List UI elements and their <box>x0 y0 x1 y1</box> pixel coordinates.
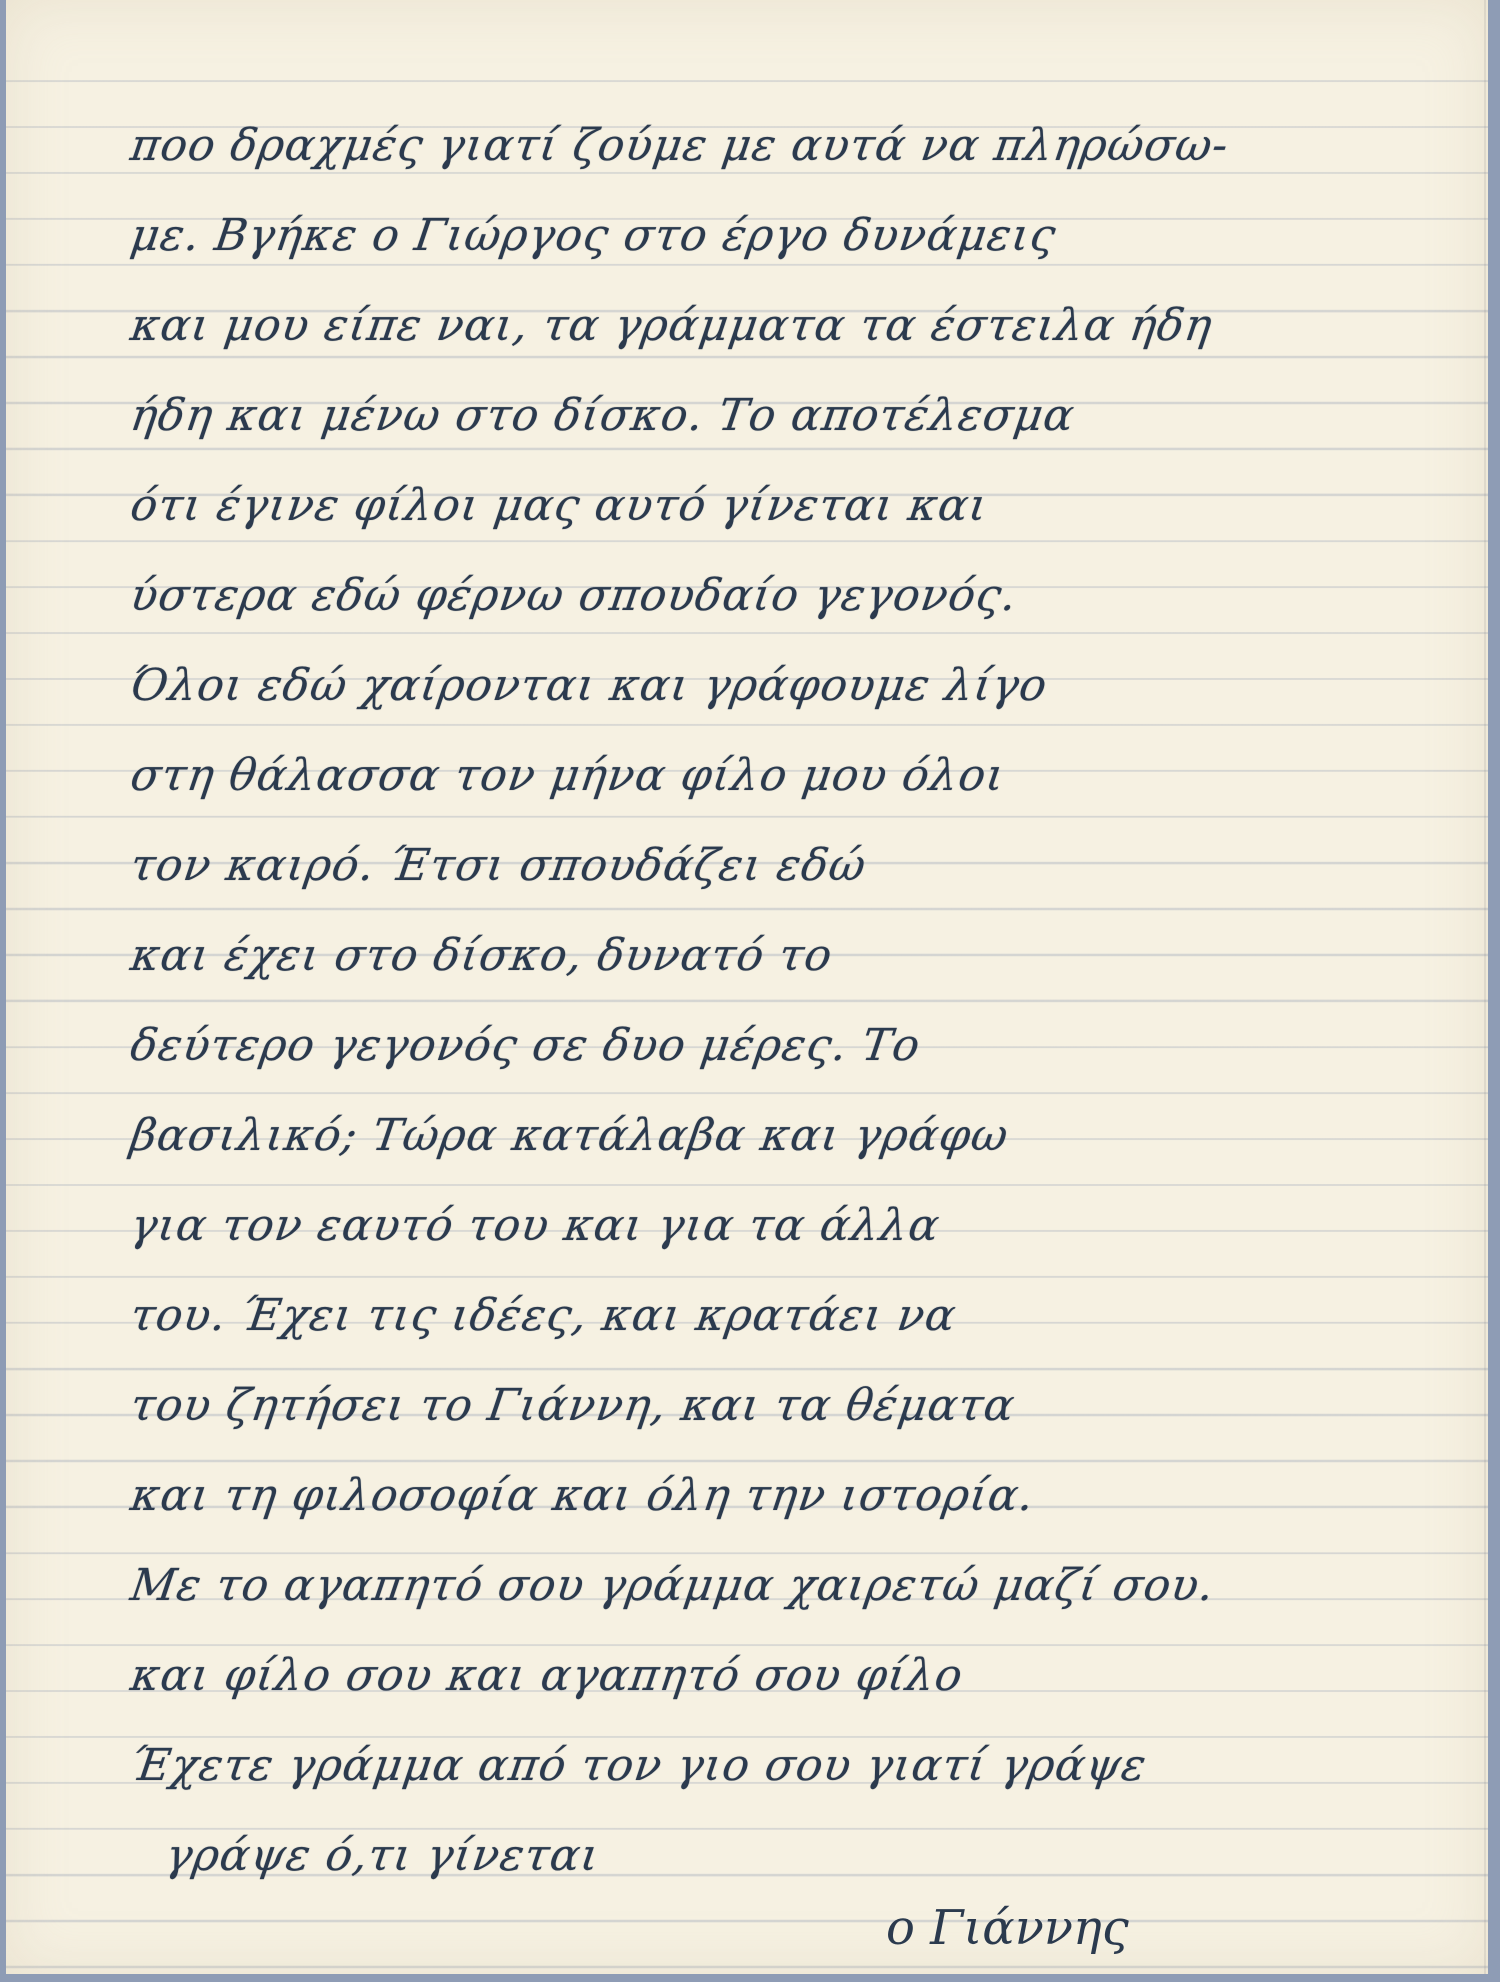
letter-line-8: στη θάλασσα τον μήνα φίλο μου όλοι <box>127 750 1008 801</box>
letter-line-17: Με το αγαπητό σου γράμμα χαιρετώ μαζί σο… <box>127 1560 1217 1611</box>
letter-line-10: και έχει στο δίσκο, δυνατό το <box>127 930 835 981</box>
letter-line-14: του. Έχει τις ιδέες, και κρατάει να <box>127 1290 959 1341</box>
letter-line-4: ήδη και μένω στο δίσκο. Το αποτέλεσμα <box>127 390 1078 441</box>
letter-line-18: και φίλο σου και αγαπητό σου φίλο <box>127 1650 966 1701</box>
letter-line-9: τον καιρό. Έτσι σπουδάζει εδώ <box>127 840 869 891</box>
letter-line-19: Έχετε γράμμα από τον γιο σου γιατί γράψε <box>127 1740 1150 1791</box>
letter-line-11: δεύτερο γεγονός σε δυο μέρες. Το <box>127 1020 923 1071</box>
letter-page: ποο δραχμές γιατί ζούμε με αυτά να πληρώ… <box>6 0 1488 1974</box>
letter-line-16: και τη φιλοσοφία και όλη την ιστορία. <box>127 1470 1037 1521</box>
letter-line-13: για τον εαυτό του και για τα άλλα <box>127 1200 943 1251</box>
letter-line-20: γράψε ό,τι γίνεται <box>162 1830 602 1881</box>
letter-line-5: ότι έγινε φίλοι μας αυτό γίνεται και <box>127 480 991 531</box>
letter-line-1: ποο δραχμές γιατί ζούμε με αυτά να πληρώ… <box>127 120 1232 171</box>
letter-line-12: βασιλικό; Τώρα κατάλαβα και γράφω <box>127 1110 1011 1161</box>
page-fold <box>1484 0 1486 1974</box>
letter-line-3: και μου είπε ναι, τα γράμματα τα έστειλα… <box>127 300 1215 351</box>
letter-line-15: του ζητήσει το Γιάννη, και τα θέματα <box>127 1380 1018 1431</box>
letter-line-6: ύστερα εδώ φέρνω σπουδαίο γεγονός. <box>127 570 1020 621</box>
letter-line-2: με. Βγήκε ο Γιώργος στο έργο δυνάμεις <box>127 210 1059 261</box>
letter-line-7: Όλοι εδώ χαίρονται και γράφουμε λίγο <box>127 660 1050 711</box>
signature: ο Γιάννης <box>886 1900 1129 1956</box>
